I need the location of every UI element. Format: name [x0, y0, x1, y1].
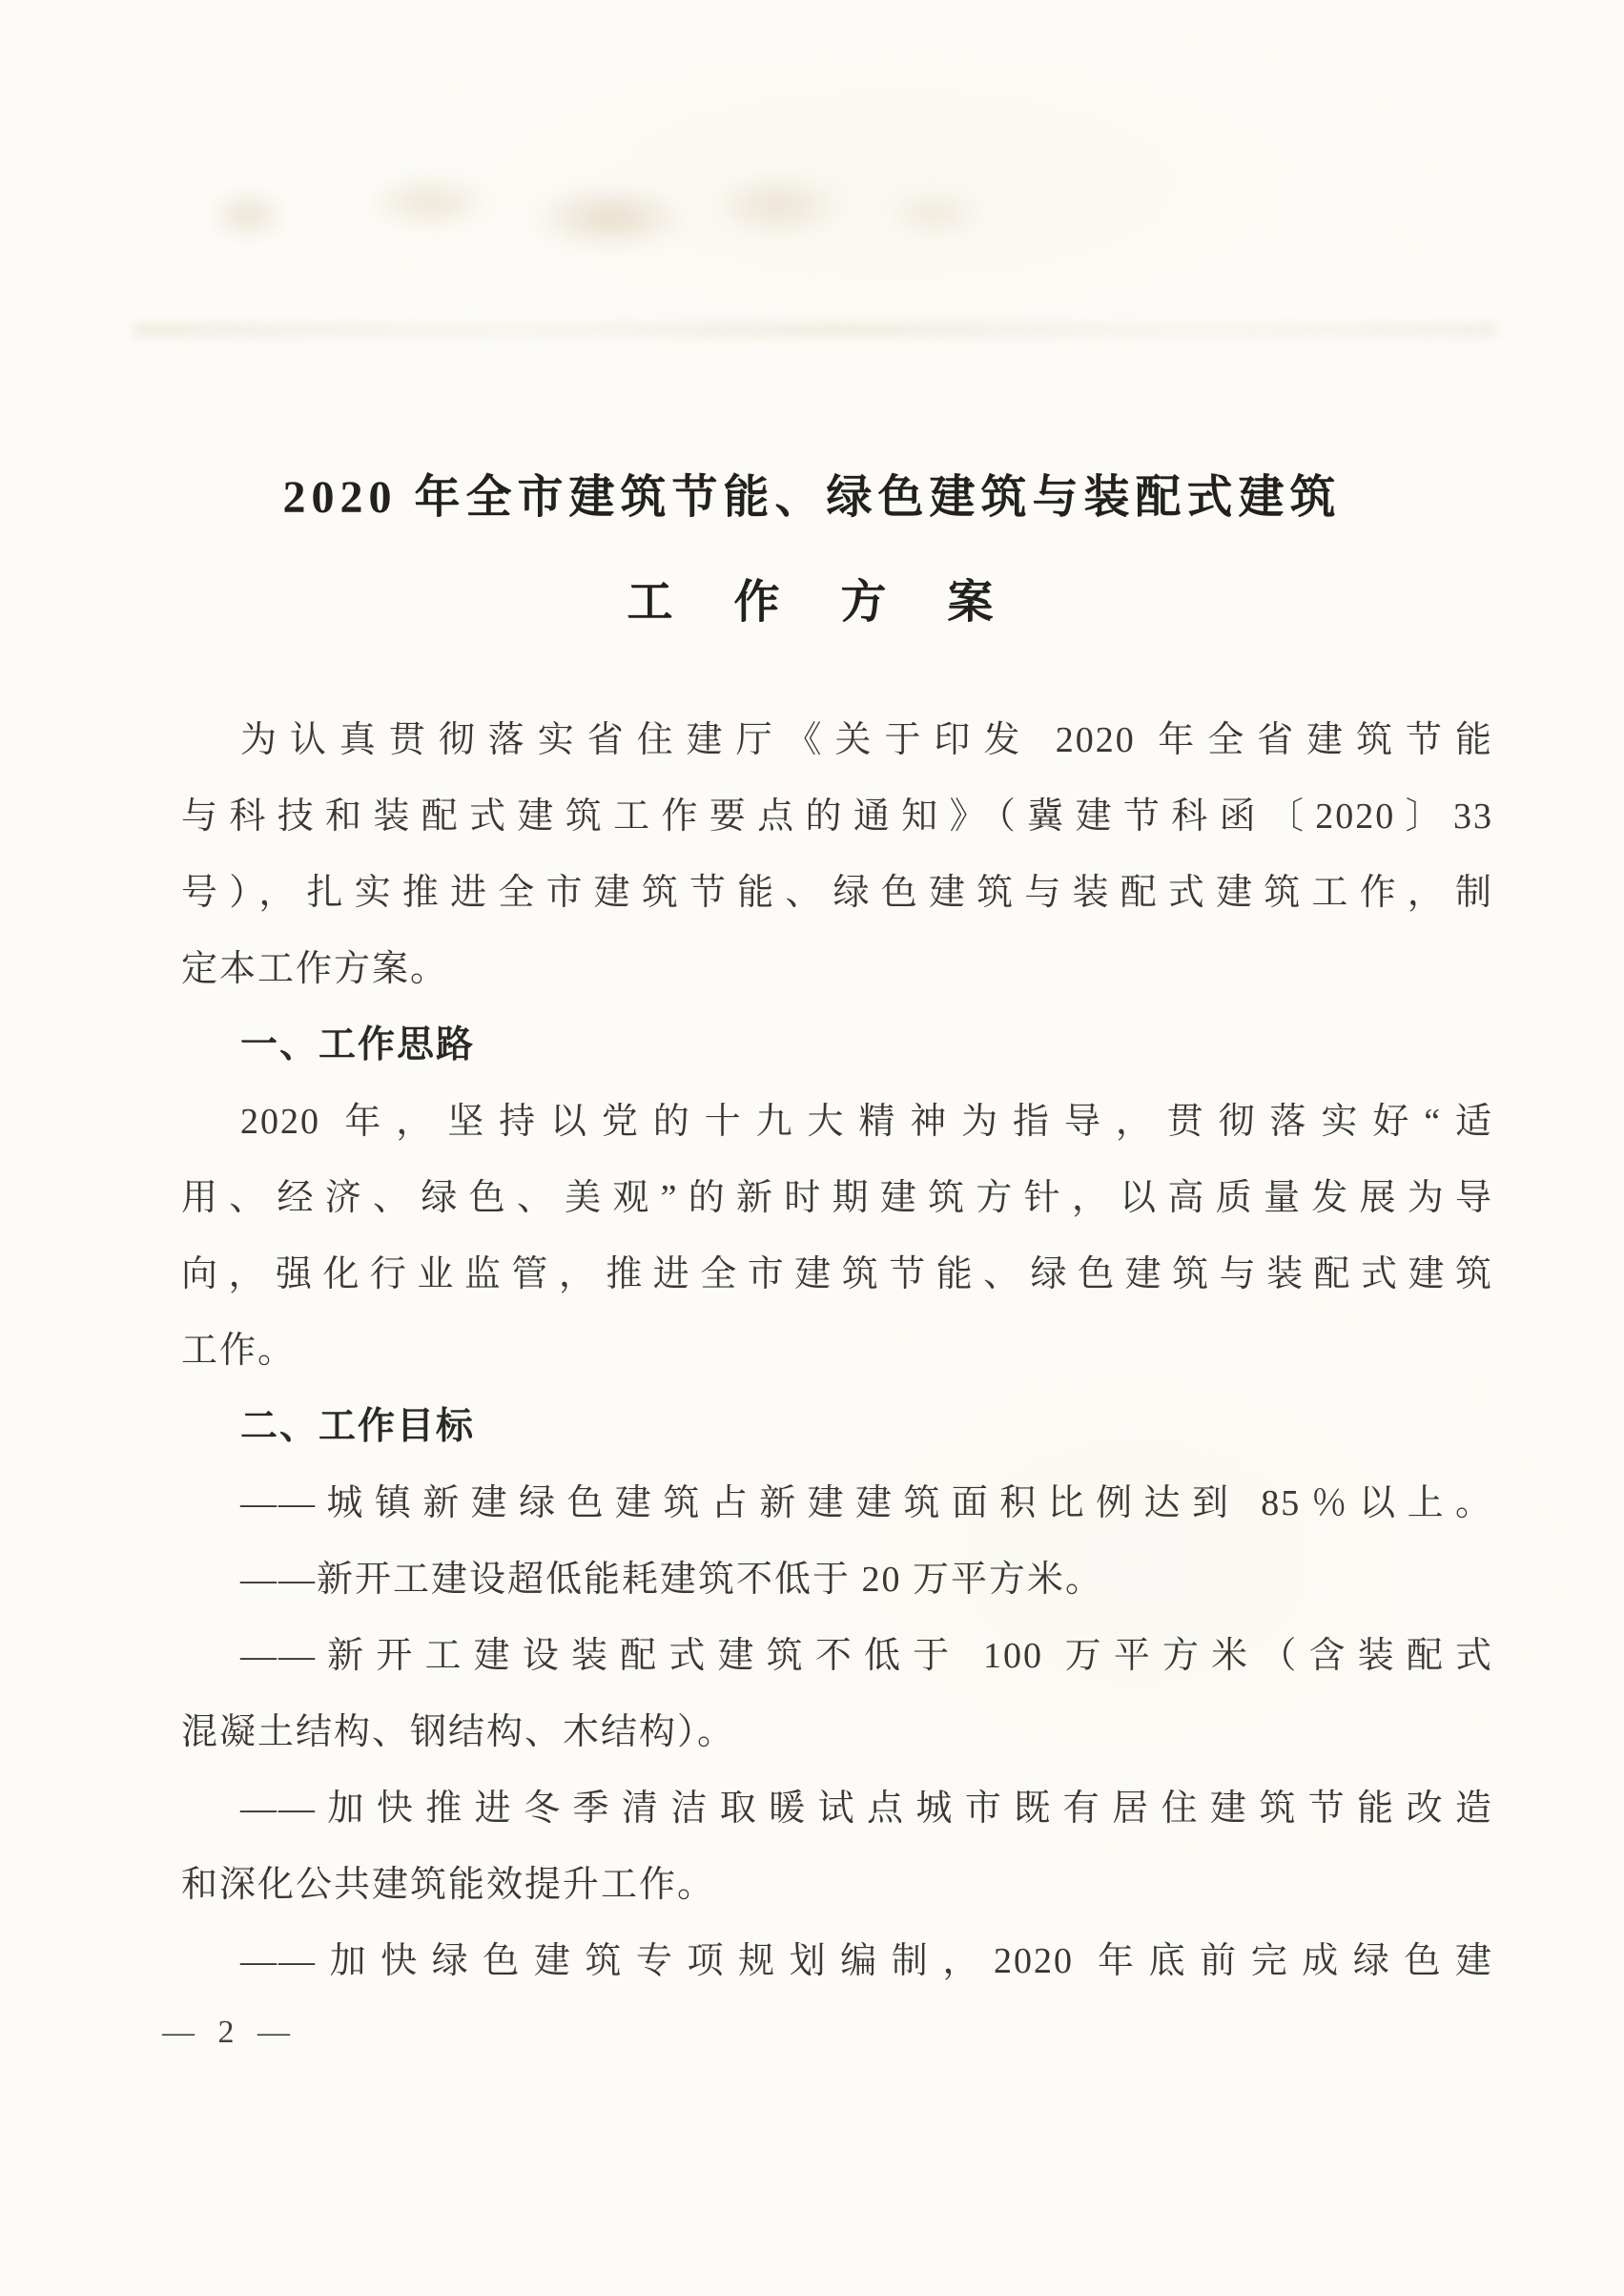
paragraph-line: 为认真贯彻落实省住建厅《关于印发 2020 年全省建筑节能 — [181, 702, 1493, 778]
page-number: — 2 — — [162, 2011, 298, 2055]
scanned-document-page: 2020 年全市建筑节能、绿色建筑与装配式建筑 工 作 方 案 为认真贯彻落实省… — [0, 0, 1624, 2296]
paragraph-line: 2020 年，坚持以党的十九大精神为指导，贯彻落实好“适 — [181, 1084, 1493, 1160]
goal-item-line: 和深化公共建筑能效提升工作。 — [181, 1847, 1493, 1923]
paragraph-line: 与科技和装配式建筑工作要点的通知》（冀建节科函〔2020〕33 — [181, 778, 1493, 855]
ink-bleedthrough-smudge — [143, 143, 1049, 277]
goal-item-line: ——加快绿色建筑专项规划编制，2020 年底前完成绿色建 — [181, 1923, 1493, 1999]
goal-item-line: ——新开工建设装配式建筑不低于 100 万平方米（含装配式 — [181, 1618, 1493, 1694]
paragraph-line: 向，强化行业监管，推进全市建筑节能、绿色建筑与装配式建筑 — [181, 1236, 1493, 1313]
section-heading-work-approach: 一、工作思路 — [181, 1007, 1493, 1084]
scan-smudge-band — [134, 322, 1497, 338]
document-title-line2: 工 作 方 案 — [0, 565, 1624, 631]
document-body: 为认真贯彻落实省住建厅《关于印发 2020 年全省建筑节能 与科技和装配式建筑工… — [181, 702, 1493, 1999]
goal-item-line: 混凝土结构、钢结构、木结构）。 — [181, 1694, 1493, 1770]
paragraph-line: 工作。 — [181, 1313, 1493, 1389]
section-heading-work-goals: 二、工作目标 — [181, 1389, 1493, 1465]
document-title-line1: 2020 年全市建筑节能、绿色建筑与装配式建筑 — [0, 460, 1624, 526]
paragraph-line: 号），扎实推进全市建筑节能、绿色建筑与装配式建筑工作，制 — [181, 855, 1493, 931]
goal-item-line: ——城镇新建绿色建筑占新建建筑面积比例达到 85％以上。 — [181, 1465, 1493, 1541]
paragraph-line: 用、经济、绿色、美观”的新时期建筑方针，以高质量发展为导 — [181, 1160, 1493, 1236]
goal-item-line: ——加快推进冬季清洁取暖试点城市既有居住建筑节能改造 — [181, 1770, 1493, 1847]
goal-item-line: ——新开工建设超低能耗建筑不低于 20 万平方米。 — [181, 1541, 1493, 1618]
paragraph-line: 定本工作方案。 — [181, 931, 1493, 1007]
